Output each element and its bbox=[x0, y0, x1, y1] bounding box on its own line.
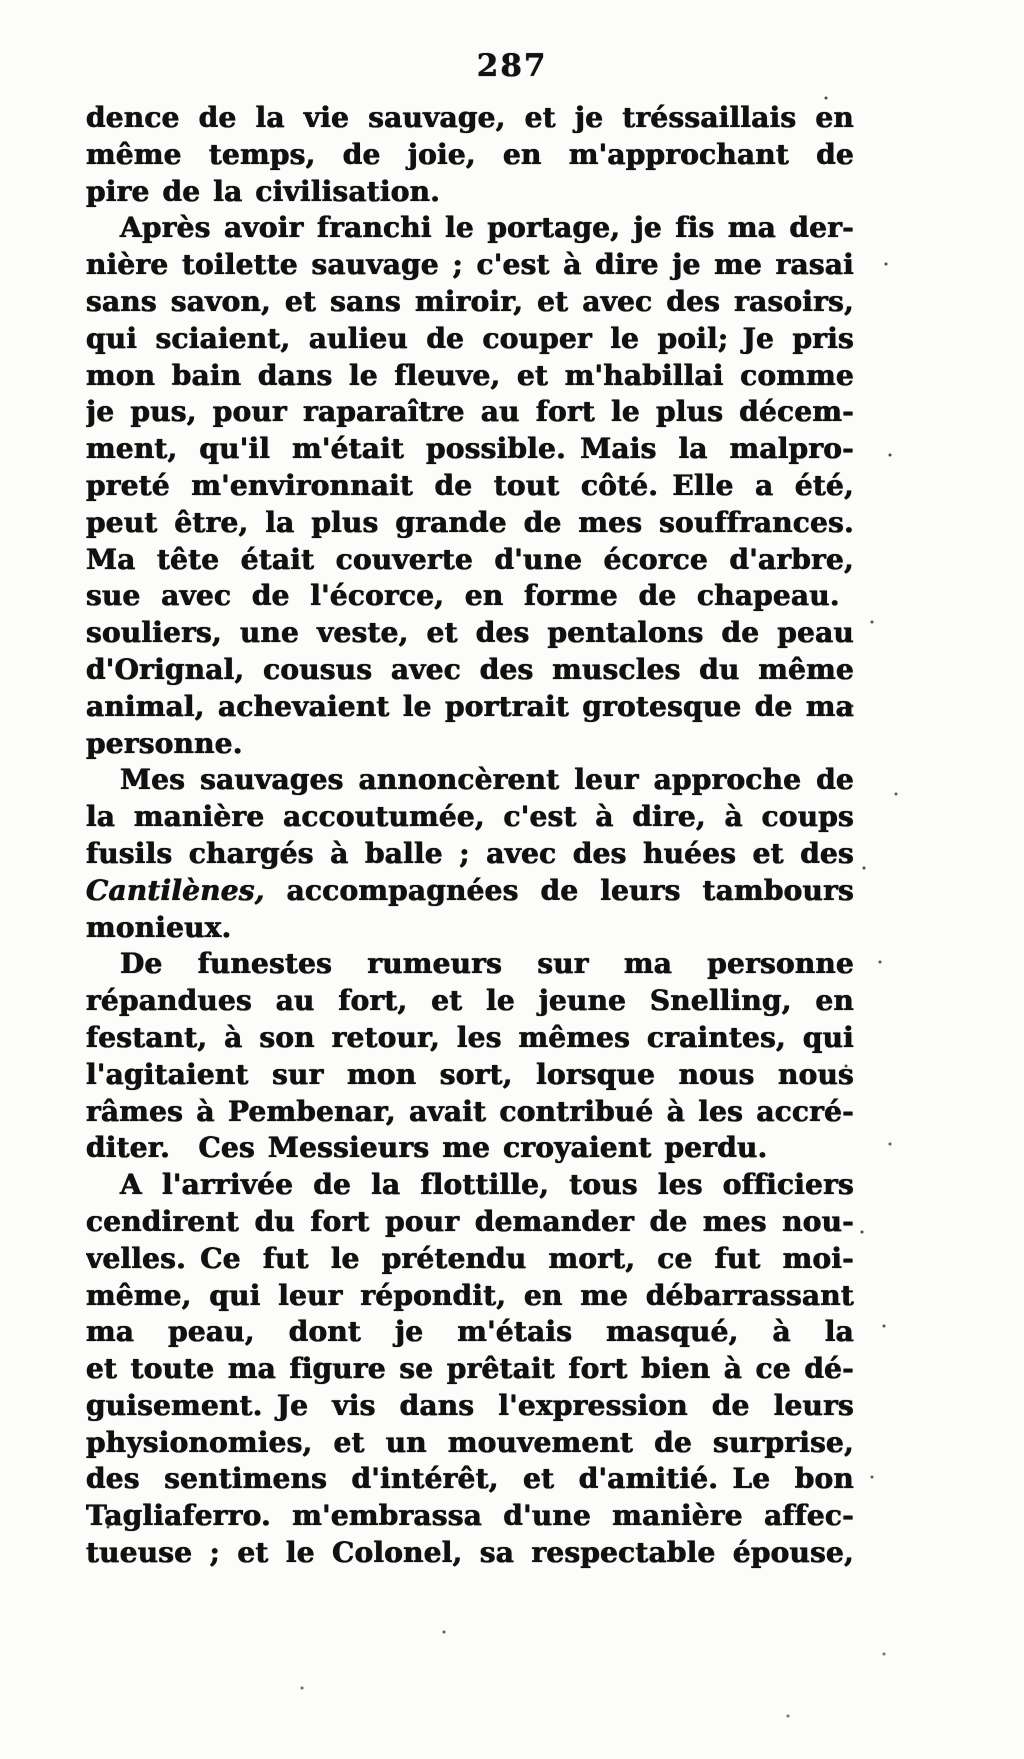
line-text: râmes à Pembenar, avait contribué à les … bbox=[86, 1095, 854, 1128]
line-text: personne. bbox=[86, 727, 243, 760]
text-line: l'agitaient sur mon sort, lorsque nous n… bbox=[86, 1057, 854, 1094]
text-line: A l'arrivée de la flottille, tous les of… bbox=[86, 1167, 854, 1204]
line-text: sue avec de l'écorce, en forme de chapea… bbox=[86, 579, 854, 615]
text-line: Ma tête était couverte d'une écorce d'ar… bbox=[86, 542, 854, 579]
text-line: De funestes rumeurs sur ma personne s'ét… bbox=[86, 946, 854, 983]
line-text: mon bain dans le fleuve, et m'habillai c… bbox=[86, 359, 854, 392]
page-number: 287 bbox=[0, 48, 1024, 84]
line-text: d'Orignal, cousus avec des muscles du mê… bbox=[86, 653, 854, 686]
text-line: même, qui leur répondit, en me débarrass… bbox=[86, 1278, 854, 1315]
text-line: cendirent du fort pour demander de mes n… bbox=[86, 1204, 854, 1241]
line-text: fusils chargés à balle ; avec des huées … bbox=[86, 837, 854, 870]
line-text: je pus, pour raparaître au fort le plus … bbox=[86, 395, 854, 428]
line-text: dence de la vie sauvage, et je tréssaill… bbox=[86, 101, 854, 134]
text-line: personne. bbox=[86, 726, 854, 763]
text-line: nière toilette sauvage ; c'est à dire je… bbox=[86, 247, 854, 284]
line-text: sans savon, et sans miroir, et avec des … bbox=[86, 285, 854, 318]
line-text: répandues au fort, et le jeune Snelling,… bbox=[86, 984, 854, 1020]
text-line: même temps, de joie, en m'approchant de … bbox=[86, 137, 854, 174]
text-line: preté m'environnait de tout côté. Elle a… bbox=[86, 468, 854, 505]
text-line: animal, achevaient le portrait grotesque… bbox=[86, 689, 854, 726]
line-text: des sentimens d'intérêt, et d'amitié. Le… bbox=[86, 1462, 854, 1498]
line-text: De funestes rumeurs sur ma personne s'ét… bbox=[86, 947, 854, 983]
line-text: qui sciaient, aulieu de couper le poil; … bbox=[86, 322, 854, 355]
text-line: et toute ma figure se prêtait fort bien … bbox=[86, 1351, 854, 1388]
italic-word: Cantilènes, bbox=[86, 874, 265, 907]
line-text: tueuse ; et le Colonel, sa respectable é… bbox=[86, 1536, 854, 1572]
line-text: pire de la civilisation. bbox=[86, 175, 440, 208]
text-line: pire de la civilisation. bbox=[86, 174, 854, 211]
text-line: sans savon, et sans miroir, et avec des … bbox=[86, 284, 854, 321]
line-text: ment, qu'il m'était possible. Mais la ma… bbox=[86, 432, 854, 465]
line-text: même temps, de joie, en m'approchant de … bbox=[86, 138, 854, 174]
text-line: mon bain dans le fleuve, et m'habillai c… bbox=[86, 358, 854, 395]
line-text: ma peau, dont je m'étais masqué, à la sa… bbox=[86, 1315, 854, 1351]
line-text: nière toilette sauvage ; c'est à dire je… bbox=[86, 248, 854, 281]
text-line: Cantilènes, accompagnées de leurs tambou… bbox=[86, 873, 854, 910]
line-text: festant, à son retour, les mêmes crainte… bbox=[86, 1021, 854, 1054]
text-line: je pus, pour raparaître au fort le plus … bbox=[86, 394, 854, 431]
line-text: Après avoir franchi le portage, je fis m… bbox=[120, 211, 854, 244]
text-line: tueuse ; et le Colonel, sa respectable é… bbox=[86, 1535, 854, 1572]
text-line: physionomies, et un mouvement de surpris… bbox=[86, 1425, 854, 1462]
line-text: peut être, la plus grande de mes souffra… bbox=[86, 506, 854, 539]
text-line: ma peau, dont je m'étais masqué, à la sa… bbox=[86, 1314, 854, 1351]
line-text: et toute ma figure se prêtait fort bien … bbox=[86, 1352, 854, 1385]
scanned-book-page: 287 dence de la vie sauvage, et je tréss… bbox=[0, 0, 1024, 1759]
text-line: souliers, une veste, et des pentalons de… bbox=[86, 615, 854, 652]
text-line: peut être, la plus grande de mes souffra… bbox=[86, 505, 854, 542]
text-line: Mes sauvages annoncèrent leur approche d… bbox=[86, 762, 854, 799]
text-line: guisement. Je vis dans l'expression de l… bbox=[86, 1388, 854, 1425]
line-text: Ma tête était couverte d'une écorce d'ar… bbox=[86, 543, 854, 579]
text-line: répandues au fort, et le jeune Snelling,… bbox=[86, 983, 854, 1020]
text-line: festant, à son retour, les mêmes crainte… bbox=[86, 1020, 854, 1057]
line-text: la manière accoutumée, c'est à dire, à c… bbox=[86, 800, 854, 836]
text-line: Tagliaferro. m'embrassa d'une manière af… bbox=[86, 1498, 854, 1535]
line-text: velles. Ce fut le prétendu mort, ce fut … bbox=[86, 1242, 854, 1275]
text-line: ment, qu'il m'était possible. Mais la ma… bbox=[86, 431, 854, 468]
line-text: cendirent du fort pour demander de mes n… bbox=[86, 1205, 854, 1238]
text-line: Après avoir franchi le portage, je fis m… bbox=[86, 210, 854, 247]
line-text: A l'arrivée de la flottille, tous les of… bbox=[86, 1168, 854, 1204]
line-text: preté m'environnait de tout côté. Elle a… bbox=[86, 469, 854, 502]
text-line: velles. Ce fut le prétendu mort, ce fut … bbox=[86, 1241, 854, 1278]
text-line: fusils chargés à balle ; avec des huées … bbox=[86, 836, 854, 873]
text-line: d'Orignal, cousus avec des muscles du mê… bbox=[86, 652, 854, 689]
line-text: monieux. bbox=[86, 911, 232, 944]
line-text: guisement. Je vis dans l'expression de l… bbox=[86, 1389, 854, 1422]
line-text: physionomies, et un mouvement de surpris… bbox=[86, 1426, 854, 1462]
text-line: râmes à Pembenar, avait contribué à les … bbox=[86, 1094, 854, 1131]
text-line: dence de la vie sauvage, et je tréssaill… bbox=[86, 100, 854, 137]
text-line: la manière accoutumée, c'est à dire, à c… bbox=[86, 799, 854, 836]
text-line: diter. Ces Messieurs me croyaient perdu. bbox=[86, 1130, 854, 1167]
line-text: souliers, une veste, et des pentalons de… bbox=[86, 616, 854, 649]
line-text: diter. Ces Messieurs me croyaient perdu. bbox=[86, 1131, 768, 1164]
text-line: sue avec de l'écorce, en forme de chapea… bbox=[86, 578, 854, 615]
text-line: qui sciaient, aulieu de couper le poil; … bbox=[86, 321, 854, 358]
line-text: même, qui leur répondit, en me débarrass… bbox=[86, 1279, 854, 1315]
text-line: monieux. bbox=[86, 910, 854, 947]
line-text: l'agitaient sur mon sort, lorsque nous n… bbox=[86, 1058, 854, 1094]
text-block: dence de la vie sauvage, et je tréssaill… bbox=[86, 100, 854, 1572]
line-text: Mes sauvages annoncèrent leur approche d… bbox=[120, 763, 854, 796]
line-text: animal, achevaient le portrait grotesque… bbox=[86, 690, 854, 723]
line-text: Tagliaferro. m'embrassa d'une manière af… bbox=[86, 1499, 854, 1532]
text-line: des sentimens d'intérêt, et d'amitié. Le… bbox=[86, 1461, 854, 1498]
